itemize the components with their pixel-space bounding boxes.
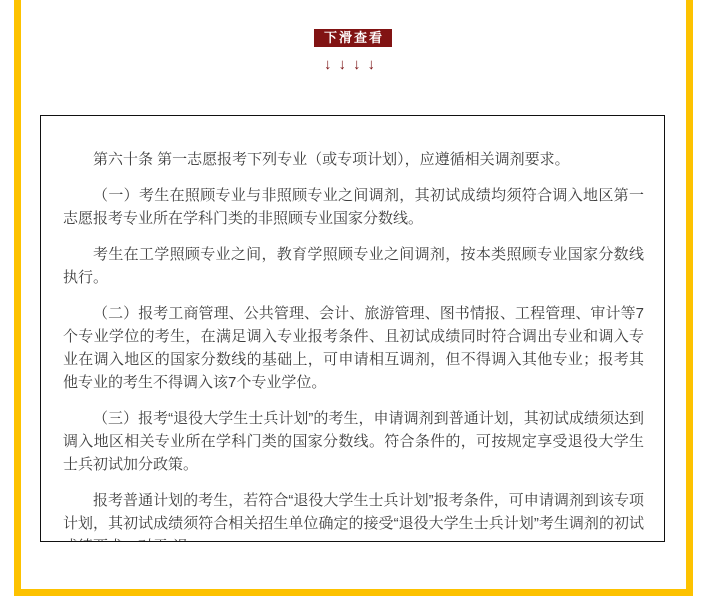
down-arrow-icon: ↓ [368,56,383,73]
regulation-paragraph-item-2: （二）报考工商管理、公共管理、会计、旅游管理、图书情报、工程管理、审计等7个专业… [63,302,644,394]
regulation-paragraph-item-1-note: 考生在工学照顾专业之间，教育学照顾专业之间调剂，按本类照顾专业国家分数线执行。 [63,243,644,289]
down-arrow-icon: ↓ [339,56,354,73]
scroll-down-arrows: ↓↓↓↓ [0,55,706,75]
down-arrow-icon: ↓ [353,56,368,73]
regulation-paragraph-item-3-note: 报考普通计划的考生，若符合“退役大学生士兵计划”报考条件，可申请调剂到该专项计划… [63,489,644,542]
regulation-paragraph-item-1: （一）考生在照顾专业与非照顾专业之间调剂，其初试成绩均须符合调入地区第一志愿报考… [63,184,644,230]
scroll-hint-banner: 下滑查看 [314,29,392,47]
regulation-paragraph-item-3: （三）报考“退役大学生士兵计划”的考生，申请调剂到普通计划，其初试成绩须达到调入… [63,407,644,476]
article-page: 下滑查看 ↓↓↓↓ 第六十条 第一志愿报考下列专业（或专项计划），应遵循相关调剂… [0,0,706,610]
regulation-paragraph-article-60: 第六十条 第一志愿报考下列专业（或专项计划），应遵循相关调剂要求。 [63,148,644,171]
down-arrow-icon: ↓ [324,56,339,73]
regulation-card: 第六十条 第一志愿报考下列专业（或专项计划），应遵循相关调剂要求。 （一）考生在… [40,115,665,542]
